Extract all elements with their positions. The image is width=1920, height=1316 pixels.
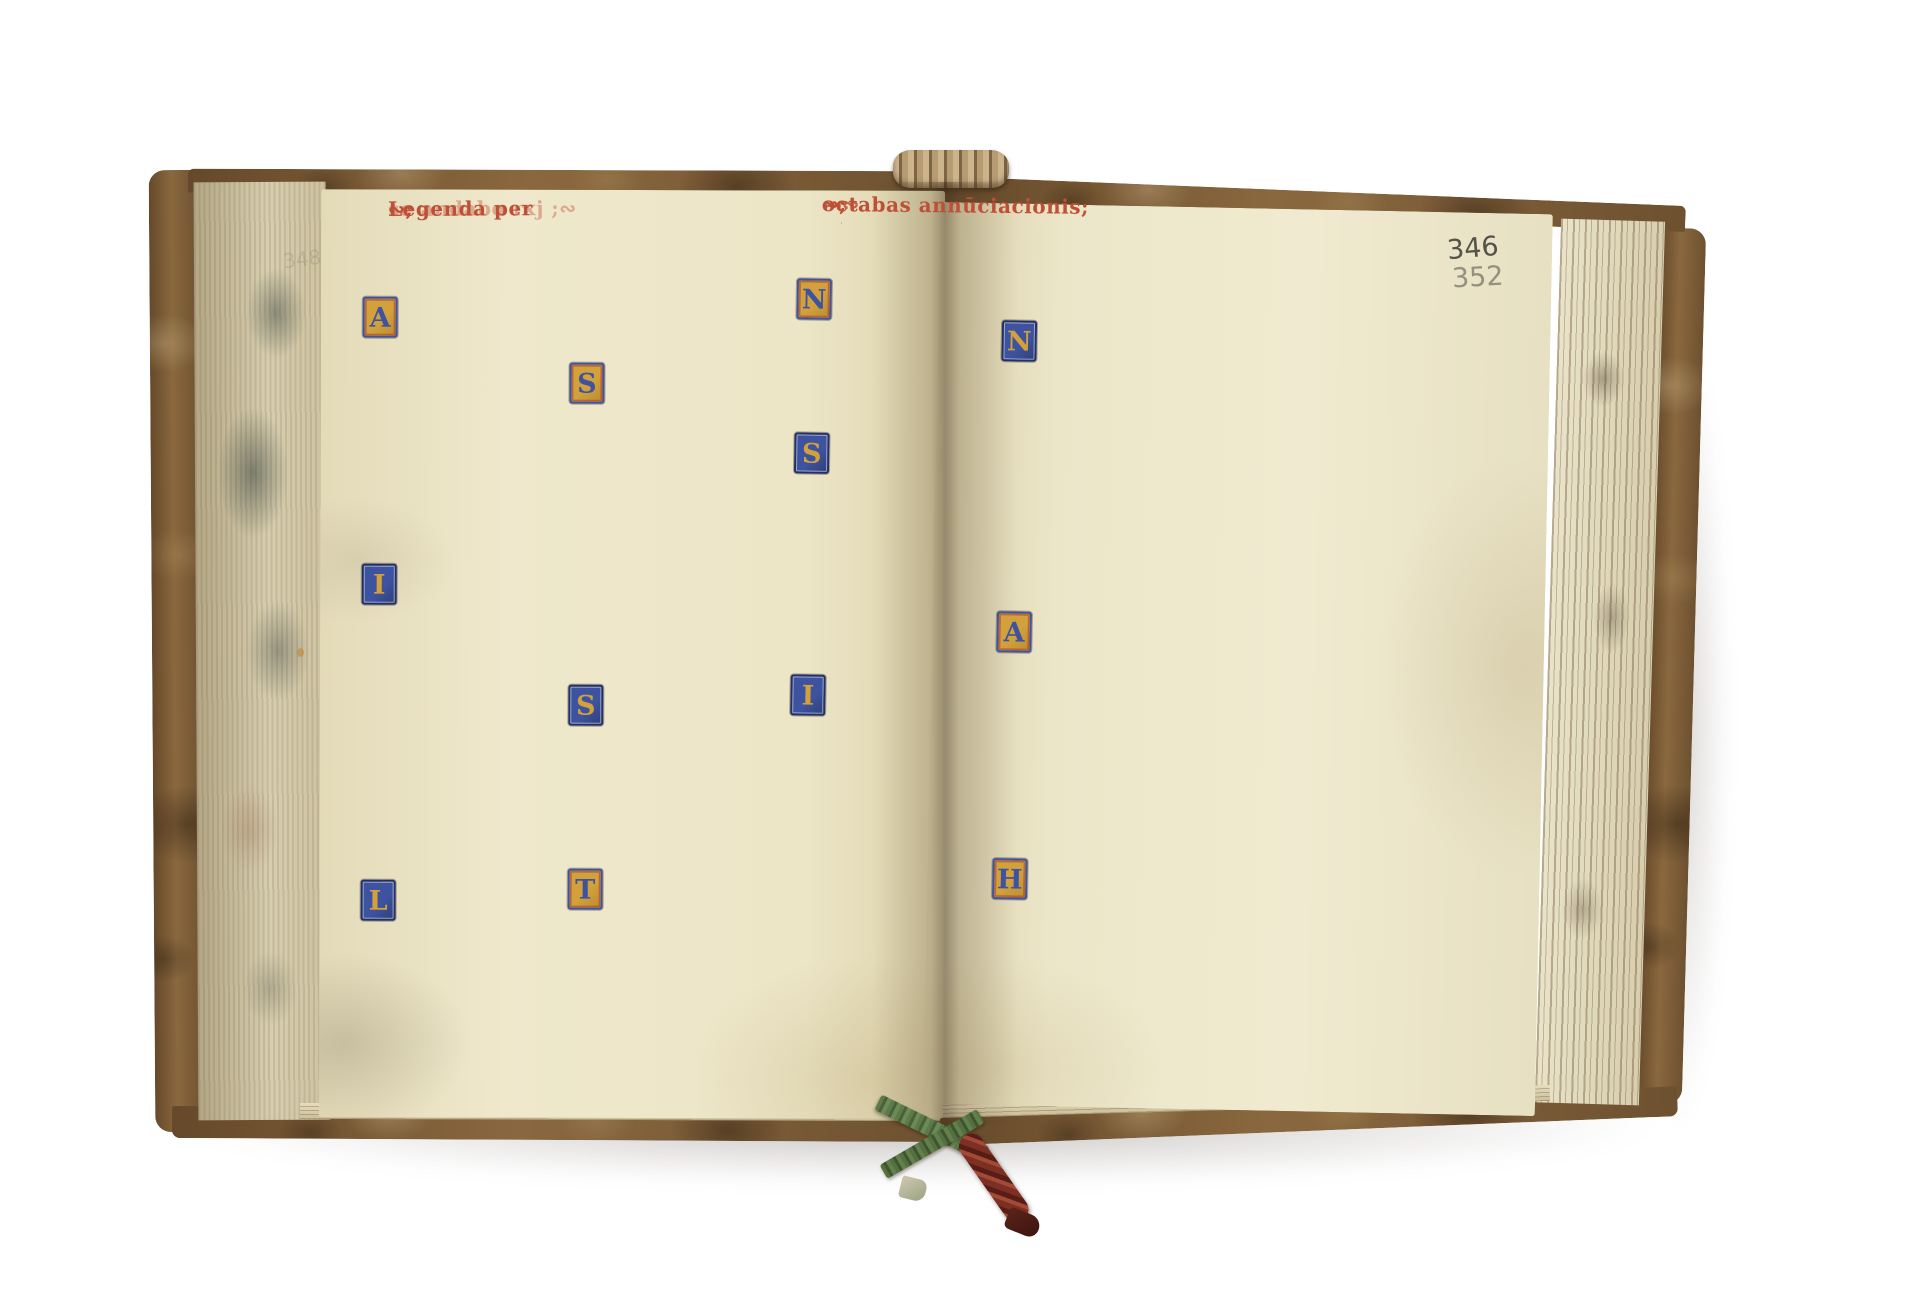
rubric-flourish-tail: —∾ bbox=[822, 192, 860, 216]
illuminated-initial: I bbox=[790, 674, 826, 716]
running-title-left-faded: se andabo rxj ;∾ bbox=[388, 196, 577, 221]
illuminated-initial: N bbox=[796, 278, 832, 320]
script-line: quia ipm sequens non bbox=[800, 214, 842, 237]
illuminated-initial: S bbox=[794, 432, 830, 474]
script-line: nitatis; sed magis humi bbox=[365, 226, 407, 250]
running-title-right-text: octabas annūciacionis; bbox=[822, 192, 1089, 219]
script-line: dns tecū; Non dicit dns bbox=[1006, 210, 1048, 233]
illuminated-initial: S bbox=[569, 363, 604, 404]
illuminated-initial: L bbox=[361, 880, 396, 921]
illuminated-initial: A bbox=[363, 297, 398, 338]
script-line: et honestius putari ad tēpus bbox=[572, 227, 614, 250]
marbled-foreedge-left bbox=[194, 182, 331, 1121]
illuminated-initial: H bbox=[992, 858, 1028, 900]
illuminated-initial: T bbox=[568, 869, 603, 910]
manuscript-photo: ∾;Legenda perse andabo rxj ;∾ ∾;octabas … bbox=[0, 0, 1920, 1316]
illuminated-initial: N bbox=[1001, 320, 1037, 362]
headband bbox=[893, 150, 1009, 188]
vellum-page-left bbox=[319, 189, 945, 1119]
illuminated-initial: A bbox=[996, 611, 1032, 653]
illuminated-initial: S bbox=[568, 685, 603, 726]
bookmark-cord-tip bbox=[1003, 1206, 1043, 1239]
pencil-folio-number-ghost: 348 bbox=[282, 245, 323, 273]
pencil-folio-number-lower: 352 bbox=[1451, 261, 1504, 295]
page-stain bbox=[297, 648, 304, 657]
illuminated-initial: I bbox=[362, 564, 397, 605]
